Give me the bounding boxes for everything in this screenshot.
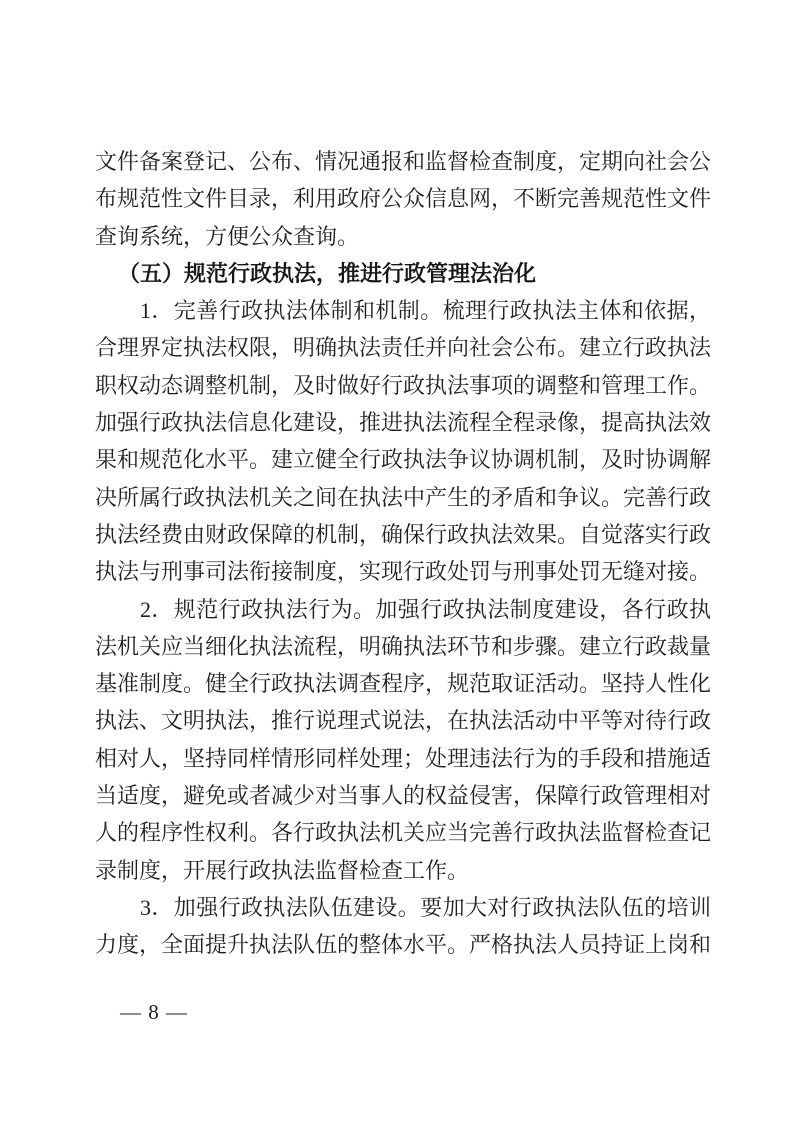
- text-line: 当适度，避免或者减少对当事人的权益侵害，保障行政管理相对: [95, 777, 711, 814]
- text-line: 基准制度。健全行政执法调查程序，规范取证活动。坚持人性化: [95, 665, 711, 702]
- paragraph-start-line: 1．完善行政执法体制和机制。梳理行政执法主体和依据，: [95, 292, 711, 329]
- page-number: — 8 —: [120, 998, 188, 1026]
- paragraph-start-line: 2．规范行政执法行为。加强行政执法制度建设，各行政执: [95, 591, 711, 628]
- text-line: 相对人，坚持同样情形同样处理；处理违法行为的手段和措施适: [95, 740, 711, 777]
- text-line: 人的程序性权利。各行政执法机关应当完善行政执法监督检查记: [95, 814, 711, 851]
- text-line: 力度，全面提升执法队伍的整体水平。严格执法人员持证上岗和: [95, 926, 711, 963]
- document-body: 文件备案登记、公布、情况通报和监督检查制度，定期向社会公 布规范性文件目录，利用…: [95, 143, 711, 964]
- text-line: 果和规范化水平。建立健全行政执法争议协调机制，及时协调解: [95, 441, 711, 478]
- text-line: 执法经费由财政保障的机制，确保行政执法效果。自觉落实行政: [95, 516, 711, 553]
- text-line: 职权动态调整机制，及时做好行政执法事项的调整和管理工作。: [95, 367, 711, 404]
- text-line: 决所属行政执法机关之间在执法中产生的矛盾和争议。完善行政: [95, 479, 711, 516]
- text-line: 录制度，开展行政执法监督检查工作。: [95, 852, 711, 889]
- text-line: 执法与刑事司法衔接制度，实现行政处罚与刑事处罚无缝对接。: [95, 553, 711, 590]
- section-heading: （五）规范行政执法，推进行政管理法治化: [95, 255, 711, 292]
- document-page: 文件备案登记、公布、情况通报和监督检查制度，定期向社会公 布规范性文件目录，利用…: [0, 0, 793, 1122]
- paragraph-start-line: 3．加强行政执法队伍建设。要加大对行政执法队伍的培训: [95, 889, 711, 926]
- text-line: 加强行政执法信息化建设，推进执法流程全程录像，提高执法效: [95, 404, 711, 441]
- text-line: 布规范性文件目录，利用政府公众信息网，不断完善规范性文件: [95, 180, 711, 217]
- text-line: 法机关应当细化执法流程，明确执法环节和步骤。建立行政裁量: [95, 628, 711, 665]
- text-line: 合理界定执法权限，明确执法责任并向社会公布。建立行政执法: [95, 329, 711, 366]
- text-line: 文件备案登记、公布、情况通报和监督检查制度，定期向社会公: [95, 143, 711, 180]
- text-line: 执法、文明执法，推行说理式说法，在执法活动中平等对待行政: [95, 702, 711, 739]
- text-line: 查询系统，方便公众查询。: [95, 218, 711, 255]
